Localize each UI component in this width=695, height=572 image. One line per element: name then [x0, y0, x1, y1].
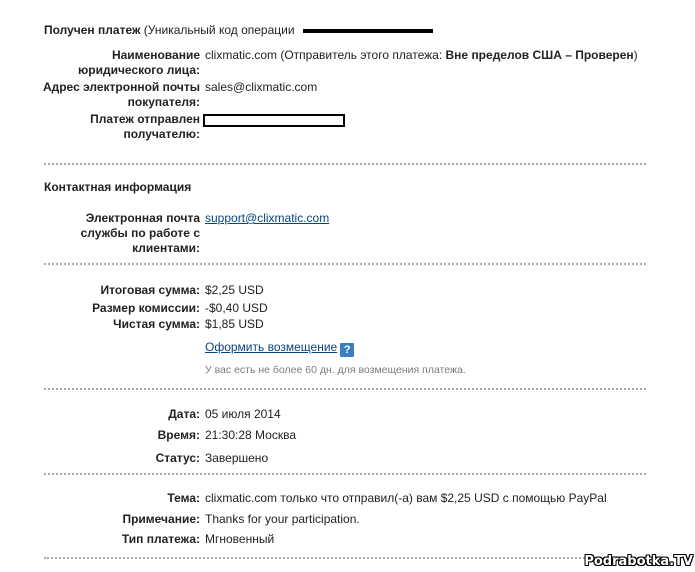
support-email-label-line1: Электронная почта	[81, 211, 200, 226]
net-amount-label: Чистая сумма:	[113, 317, 200, 332]
watermark: Podrabotka.TV	[584, 554, 693, 569]
header-title: Получен платеж	[44, 23, 140, 37]
entity-name-label-line2: юридического лица:	[78, 63, 200, 78]
separator	[44, 263, 646, 265]
support-email-label-line3: клиентами:	[81, 241, 200, 256]
redacted-recipient	[203, 114, 345, 127]
entity-name-label: Наименование юридического лица:	[78, 48, 200, 78]
sender-verification-status: Вне пределов США – Проверен	[446, 48, 634, 62]
fee-value: -$0,40 USD	[205, 301, 268, 316]
separator	[44, 473, 646, 475]
support-email-label-line2: службы по работе с	[81, 226, 200, 241]
separator	[44, 557, 589, 559]
note-label: Примечание:	[122, 512, 200, 527]
payment-type-label: Тип платежа:	[122, 532, 200, 547]
payment-header: Получен платеж (Уникальный код операции	[44, 23, 295, 38]
recipient-label-line2: получателю:	[90, 127, 200, 142]
recipient-label: Платеж отправлен получателю:	[90, 112, 200, 142]
separator	[44, 388, 646, 390]
payment-type-value: Мгновенный	[205, 532, 274, 547]
buyer-email-label-line1: Адрес электронной почты	[43, 80, 200, 95]
entity-close-paren: )	[634, 48, 638, 62]
net-amount-value: $1,85 USD	[205, 317, 264, 332]
subject-label: Тема:	[167, 491, 200, 506]
date-value: 05 июля 2014	[205, 407, 281, 422]
date-label: Дата:	[168, 407, 200, 422]
total-amount-label: Итоговая сумма:	[100, 283, 200, 298]
buyer-email-label-line2: покупателя:	[43, 95, 200, 110]
time-label: Время:	[158, 428, 200, 443]
support-email-label: Электронная почта службы по работе с кли…	[81, 211, 200, 256]
refund-link[interactable]: Оформить возмещение	[205, 340, 337, 354]
refund-note: У вас есть не более 60 дн. для возмещени…	[205, 363, 466, 378]
contact-section-title: Контактная информация	[44, 180, 191, 195]
header-transaction-label: (Уникальный код операции	[140, 23, 294, 37]
entity-name-label-line1: Наименование	[78, 48, 200, 63]
buyer-email-label: Адрес электронной почты покупателя:	[43, 80, 200, 110]
status-value: Завершено	[205, 451, 268, 466]
help-icon[interactable]: ?	[340, 343, 354, 357]
entity-name-value: clixmatic.com (Отправитель этого платежа…	[205, 48, 638, 63]
recipient-label-line1: Платеж отправлен	[90, 112, 200, 127]
refund-row: Оформить возмещение?	[205, 340, 354, 357]
separator	[44, 163, 646, 165]
entity-name-text: clixmatic.com (Отправитель этого платежа…	[205, 48, 446, 62]
note-value: Thanks for your participation.	[205, 512, 360, 527]
time-value: 21:30:28 Москва	[205, 428, 296, 443]
buyer-email-value: sales@clixmatic.com	[205, 80, 317, 95]
support-email-link[interactable]: support@clixmatic.com	[205, 211, 329, 225]
total-amount-value: $2,25 USD	[205, 283, 264, 298]
redacted-transaction-id	[303, 29, 433, 33]
fee-label: Размер комиссии:	[92, 301, 200, 316]
status-label: Статус:	[156, 451, 200, 466]
subject-value: clixmatic.com только что отправил(-а) ва…	[205, 491, 607, 506]
